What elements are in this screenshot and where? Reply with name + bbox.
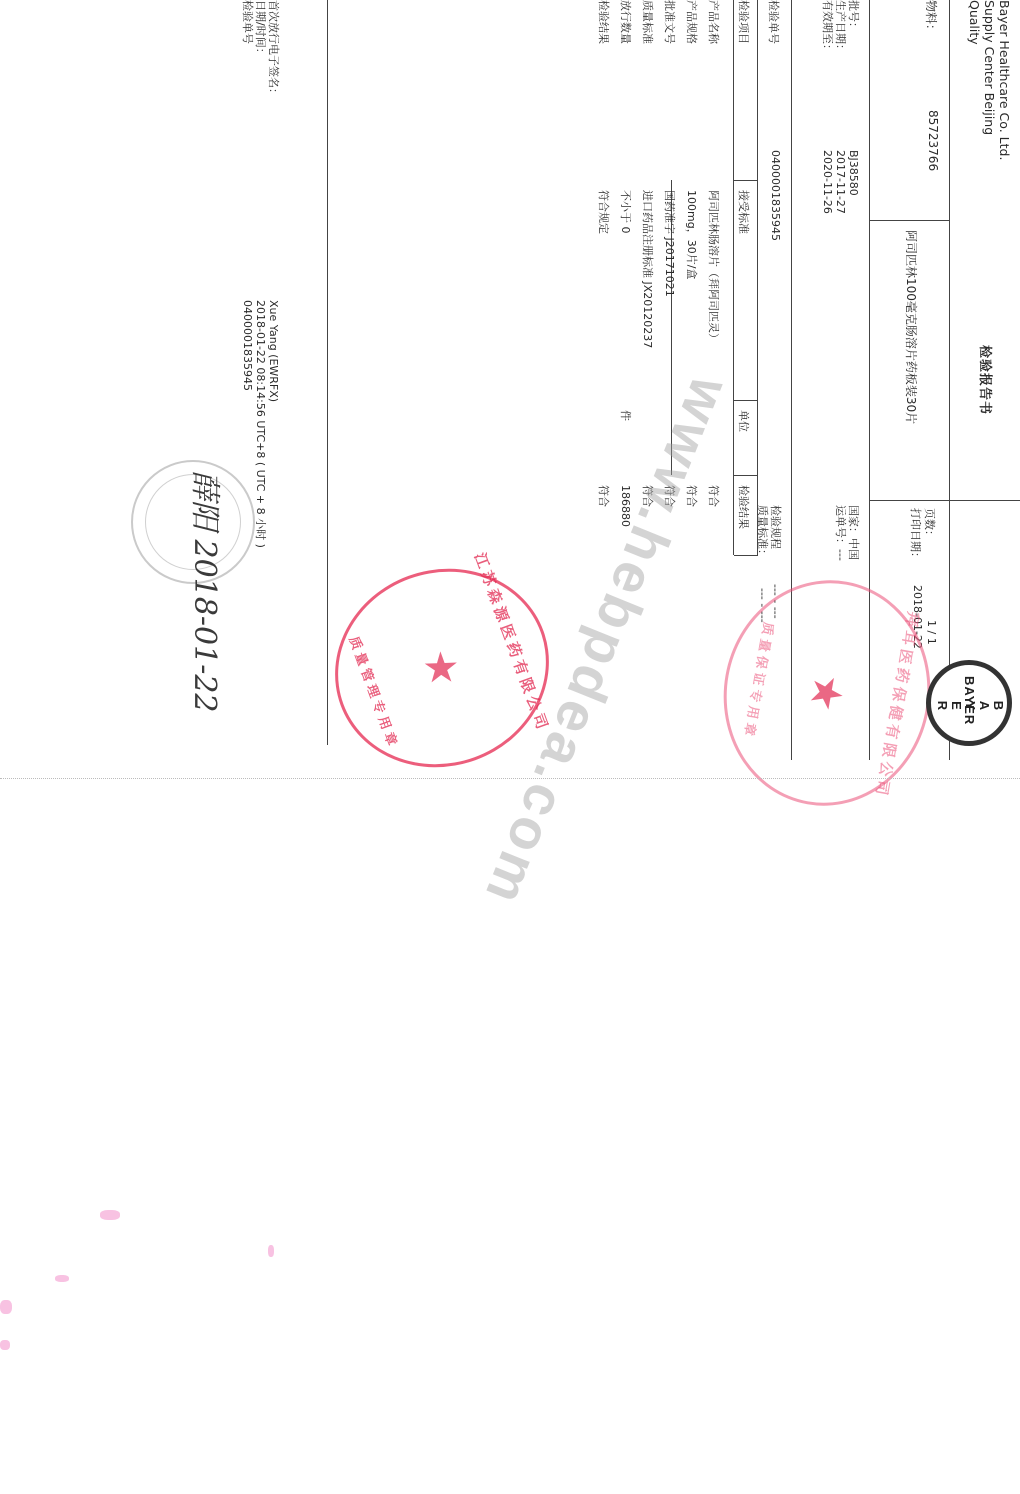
table-col-items: 产品名称 产品规格 批准文号 质量标准 放行数量 检验结果 <box>592 0 724 44</box>
table-header-standard: 接受标准 <box>736 190 752 234</box>
star-icon: ★ <box>413 642 472 694</box>
waybill-value: --- <box>834 549 847 561</box>
inspection-no-label: 检验单号 <box>766 0 782 44</box>
batch-values: BJ38580 2017-11-27 2020-11-26 <box>821 150 860 214</box>
page-value: 1 / 1 <box>925 620 938 645</box>
table-row-item: 批准文号 <box>658 0 680 44</box>
country-label: 国家： <box>847 505 860 538</box>
table-col-standards: 阿司匹林肠溶片（拜阿司匹灵） 100mg，30片/盒 国药准字 J2017102… <box>592 190 724 348</box>
datetime-label: 日期/时间： <box>254 0 267 99</box>
inspection-no-value: 0400001835945 <box>769 150 782 241</box>
scan-speck <box>0 1300 12 1314</box>
table-row-standard: 国药准字 J20171021 <box>658 190 680 348</box>
star-icon: ★ <box>800 670 855 716</box>
batch-value: BJ38580 <box>847 150 860 214</box>
origin-block: 国家：中国 运单号：--- <box>834 505 860 561</box>
batch-labels: 批号： 生产日期： 有效期至： <box>821 0 860 55</box>
handwritten-signature: 薛阳 2018-01-22 <box>186 470 230 713</box>
table-row-item: 产品名称 <box>702 0 724 44</box>
company-stamp-subtext: 质量管理专用章 <box>333 600 416 785</box>
datetime-value: 2018-01-22 08:14:56 UTC+8 ( UTC + 8 小时 ) <box>254 300 267 548</box>
mfg-date-value: 2017-11-27 <box>834 150 847 214</box>
company-name-line3: Quality <box>967 0 982 160</box>
company-name-line2: Supply Center Beijing <box>982 0 997 160</box>
mfg-date-label: 生产日期： <box>834 0 847 55</box>
waybill-label: 运单号： <box>834 505 847 549</box>
inspection-report-page: Bayer Healthcare Co. Ltd. Supply Center … <box>140 0 1020 760</box>
table-row-standard: 符合规定 <box>592 190 614 348</box>
signer-label: 首次放行电子签名： <box>267 0 280 99</box>
scan-speck <box>0 1340 10 1350</box>
country-value: 中国 <box>847 538 860 560</box>
expiry-label: 有效期至： <box>821 0 834 55</box>
table-row-result: 符合 <box>592 485 614 527</box>
expiry-value: 2020-11-26 <box>821 150 834 214</box>
report-title: 检验报告书 <box>977 345 996 415</box>
table-row-unit: 件 <box>614 410 636 421</box>
procedure-label: 检验规程 <box>769 505 782 549</box>
bayer-logo-vertical: BAYER <box>935 699 1005 713</box>
table-row-unit <box>636 410 658 421</box>
bayer-stamp-text: 拜耳医药保健有限公司 <box>868 595 927 815</box>
scan-speck <box>268 1245 274 1257</box>
table-row-standard: 不小于 0 <box>614 190 636 348</box>
company-stamp-text: 江苏森源医药有限公司 <box>470 550 555 736</box>
signer-value: Xue Yang (EWRFX) <box>267 300 280 548</box>
table-header-result: 检验结果 <box>736 485 752 529</box>
table-row-standard: 100mg，30片/盒 <box>680 190 702 348</box>
bayer-quality-stamp: 拜耳医药保健有限公司 ★ 质量保证专用章 <box>706 564 948 822</box>
product-description: 阿司匹林100毫克肠溶片药板装30片 <box>903 230 920 424</box>
page-label: 页数： <box>922 508 938 541</box>
print-date-label: 打印日期： <box>908 508 924 563</box>
table-row-standard: 进口药品注册标准 JX20120237 <box>636 190 658 348</box>
bayer-logo-icon: BAYER BAYER <box>926 660 1012 746</box>
company-name-line1: Bayer Healthcare Co. Ltd. <box>997 0 1012 160</box>
scan-speck <box>55 1275 69 1282</box>
table-row-standard: 阿司匹林肠溶片（拜阿司匹灵） <box>702 190 724 348</box>
table-row-result: 符合 <box>702 485 724 527</box>
table-row-item: 检验结果 <box>592 0 614 44</box>
signature-labels: 首次放行电子签名： 日期/时间： 检验单号 <box>241 0 280 99</box>
scan-speck <box>100 1210 120 1220</box>
table-header-item: 检验项目 <box>736 0 752 44</box>
scan-fold-line <box>0 778 1020 779</box>
company-name-block: Bayer Healthcare Co. Ltd. Supply Center … <box>967 0 1012 160</box>
material-code: 85723766 <box>926 110 940 171</box>
table-header-unit: 单位 <box>736 410 752 432</box>
table-row-item: 放行数量 <box>614 0 636 44</box>
signature-inspection-no-label: 检验单号 <box>241 0 254 99</box>
table-row-item: 产品规格 <box>680 0 702 44</box>
scanned-document: Bayer Healthcare Co. Ltd. Supply Center … <box>0 0 1020 1494</box>
material-label: 物料： <box>923 0 940 36</box>
table-row-unit <box>592 410 614 421</box>
batch-label: 批号： <box>847 0 860 55</box>
table-row-item: 质量标准 <box>636 0 658 44</box>
